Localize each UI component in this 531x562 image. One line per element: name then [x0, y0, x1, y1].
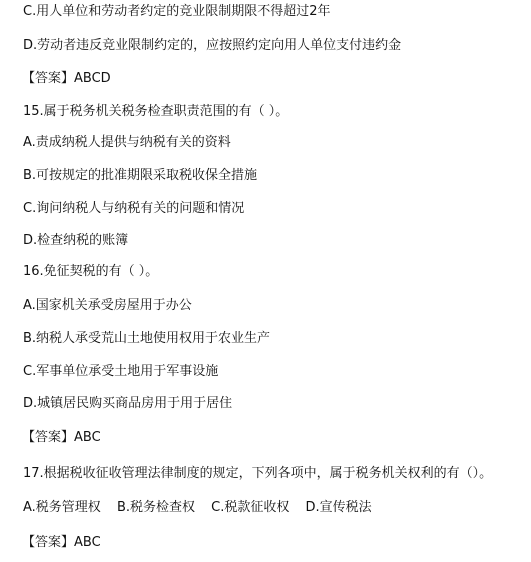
q17-options: A.税务管理权 B.税务检查权 C.税款征收权 D.宣传税法: [23, 500, 384, 516]
q15-question: 15.属于税务机关税务检查职责范围的有（ ）。: [23, 104, 288, 120]
q15-option-a: A.责成纳税人提供与纳税有关的资料: [23, 135, 231, 151]
q14-answer: 【答案】ABCD: [22, 71, 111, 87]
q15-option-c: C.询问纳税人与纳税有关的问题和情况: [23, 201, 244, 217]
q16-option-b: B.纳税人承受荒山土地使用权用于农业生产: [23, 331, 270, 347]
q16-answer: 【答案】ABC: [22, 430, 101, 446]
q17-option-a: A.税务管理权: [23, 500, 101, 515]
q17-answer: 【答案】ABC: [22, 535, 101, 551]
q16-question: 16.免征契税的有（ ）。: [23, 264, 158, 280]
q17-option-c: C.税款征收权: [211, 500, 289, 515]
q14-option-c: C.用人单位和劳动者约定的竞业限制期限不得超过2年: [23, 4, 330, 20]
q15-option-b: B.可按规定的批准期限采取税收保全措施: [23, 168, 257, 184]
q17-option-b: B.税务检查权: [117, 500, 195, 515]
q16-option-a: A.国家机关承受房屋用于办公: [23, 298, 192, 314]
q17-question: 17.根据税收征收管理法律制度的规定，下列各项中，属于税务机关权利的有（）。: [23, 466, 492, 482]
q16-option-c: C.军事单位承受土地用于军事设施: [23, 364, 218, 380]
q17-option-d: D.宣传税法: [306, 500, 372, 515]
q16-option-d: D.城镇居民购买商品房用于用于居住: [23, 396, 232, 412]
q15-option-d: D.检查纳税的账簿: [23, 233, 128, 249]
q14-option-d: D.劳动者违反竞业限制约定的，应按照约定向用人单位支付违约金: [23, 38, 401, 54]
